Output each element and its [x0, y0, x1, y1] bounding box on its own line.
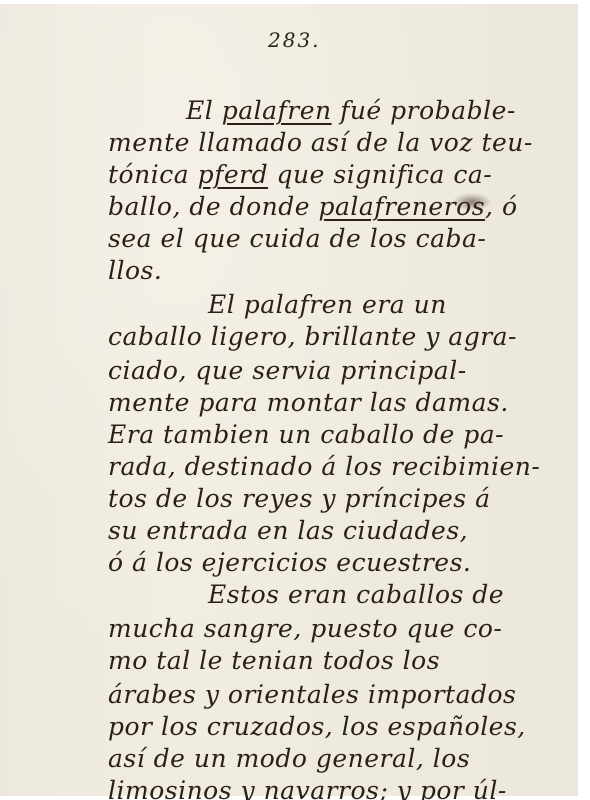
line-text: tónica [108, 160, 198, 189]
manuscript-line: llos. [108, 256, 162, 285]
manuscript-line: El palafren era un [208, 290, 447, 319]
line-text: El palafren era un [208, 290, 447, 319]
line-text: ciado, que servia principal- [108, 356, 467, 385]
line-text: por los cruzados, los españoles, [108, 712, 526, 741]
manuscript-line: rada, destinado á los recibimien- [108, 452, 540, 481]
line-text: Era tambien un caballo de pa- [108, 420, 504, 449]
line-text: tos de los reyes y príncipes á [108, 484, 490, 513]
manuscript-line: ballo, de donde palafreneros, ó [108, 192, 518, 221]
line-text: mente llamado así de la voz teu- [108, 128, 533, 157]
line-text: así de un modo general, los [108, 744, 470, 773]
line-text: su entrada en las ciudades, [108, 516, 468, 545]
manuscript-line: árabes y orientales importados [108, 680, 516, 709]
manuscript-line: Era tambien un caballo de pa- [108, 420, 504, 449]
underlined-term: palafren [222, 96, 332, 125]
manuscript-line: así de un modo general, los [108, 744, 470, 773]
line-text: que significa ca- [268, 160, 492, 189]
line-text: Estos eran caballos de [208, 580, 504, 609]
manuscript-line: mo tal le tenian todos los [108, 646, 440, 675]
page-number: 283. [268, 28, 321, 52]
manuscript-line: mente llamado así de la voz teu- [108, 128, 533, 157]
line-text: mente para montar las damas. [108, 388, 509, 417]
manuscript-line: por los cruzados, los españoles, [108, 712, 526, 741]
line-text: mucha sangre, puesto que co- [108, 614, 502, 643]
line-text: árabes y orientales importados [108, 680, 516, 709]
manuscript-line: tos de los reyes y príncipes á [108, 484, 490, 513]
line-text: ballo, de donde [108, 192, 319, 221]
line-text: limosinos y navarros; y por úl- [108, 776, 507, 800]
manuscript-line: tónica pferd que significa ca- [108, 160, 492, 189]
manuscript-line: ciado, que servia principal- [108, 356, 467, 385]
manuscript-line: sea el que cuida de los caba- [108, 224, 486, 253]
manuscript-line: mente para montar las damas. [108, 388, 509, 417]
line-text: sea el que cuida de los caba- [108, 224, 486, 253]
manuscript-line: caballo ligero, brillante y agra- [108, 322, 517, 351]
line-text: , ó [485, 192, 517, 221]
line-text: rada, destinado á los recibimien- [108, 452, 540, 481]
manuscript-line: mucha sangre, puesto que co- [108, 614, 502, 643]
manuscript-line: El palafren fué probable- [186, 96, 516, 125]
line-text: El [186, 96, 222, 125]
manuscript-line: Estos eran caballos de [208, 580, 504, 609]
line-text: mo tal le tenian todos los [108, 646, 440, 675]
manuscript-line: limosinos y navarros; y por úl- [108, 776, 507, 800]
line-text: fué probable- [332, 96, 516, 125]
line-text: llos. [108, 256, 162, 285]
underlined-term: pferd [198, 160, 269, 189]
line-text: ó á los ejercicios ecuestres. [108, 548, 471, 577]
manuscript-line: ó á los ejercicios ecuestres. [108, 548, 471, 577]
line-text: caballo ligero, brillante y agra- [108, 322, 517, 351]
underlined-term: palafreneros [319, 192, 486, 221]
manuscript-line: su entrada en las ciudades, [108, 516, 468, 545]
manuscript-page: 283. El palafren fué probable-mente llam… [0, 4, 578, 796]
